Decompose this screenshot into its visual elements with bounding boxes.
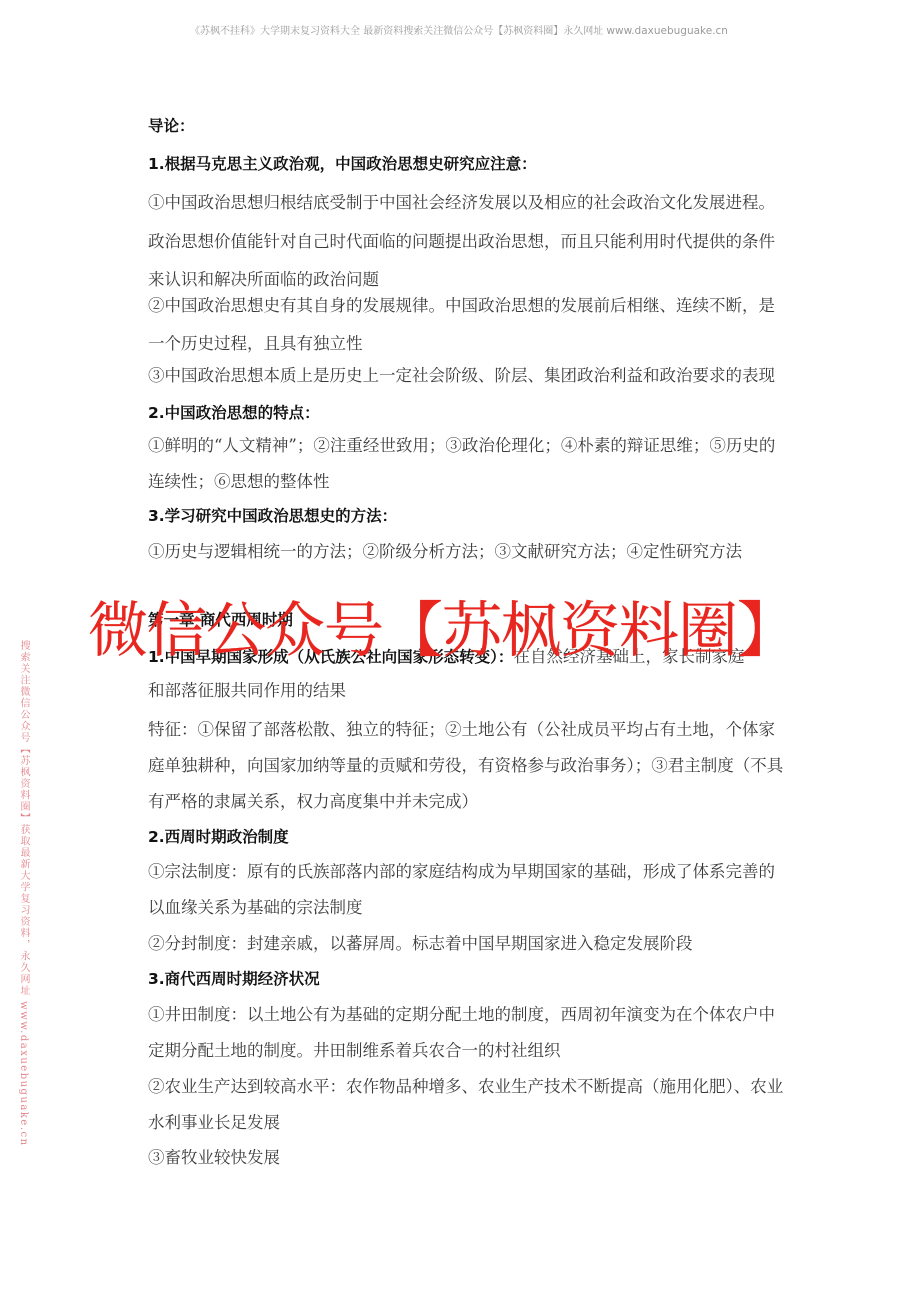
side-watermark: 搜索关注微信公众号【苏枫资料圈】获取最新大学复习资料，永久网址 www.daxu…: [16, 640, 30, 1147]
line-text: ③畜牧业较快发展: [148, 1148, 280, 1167]
paragraph-line: 有严格的隶属关系，权力高度集中并未完成）: [148, 792, 478, 812]
line-text: ①中国政治思想归根结底受制于中国社会经济发展以及相应的社会政治文化发展进程。: [148, 193, 775, 212]
line-text: 连续性；⑥思想的整体性: [148, 472, 330, 491]
paragraph-line: ②分封制度：封建亲戚，以蕃屏周。标志着中国早期国家进入稳定发展阶段: [148, 934, 693, 954]
paragraph-line: 庭单独耕种，向国家加纳等量的贡赋和劳役，有资格参与政治事务）；③君主制度（不具: [148, 756, 783, 776]
line-text: 在自然经济基础上，家长制家庭: [513, 647, 744, 666]
paragraph-line: 政治思想价值能针对自己时代面临的问题提出政治思想，而且只能利用时代提供的条件: [148, 232, 775, 252]
paragraph-line: 和部落征服共同作用的结果: [148, 681, 346, 701]
line-text: 一个历史过程，且具有独立性: [148, 334, 363, 353]
line-text: 和部落征服共同作用的结果: [148, 681, 346, 700]
section-heading: 第一章 商代西周时期: [148, 610, 293, 630]
line-text: 导论：: [148, 117, 195, 135]
paragraph-line: 连续性；⑥思想的整体性: [148, 472, 330, 492]
paragraph-line: 1.中国早期国家形成（从氏族公社向国家形态转变）：在自然经济基础上，家长制家庭: [148, 647, 744, 667]
paragraph-line: 水利事业长足发展: [148, 1113, 280, 1133]
line-text: 2.西周时期政治制度: [148, 828, 289, 846]
line-text: 水利事业长足发展: [148, 1113, 280, 1132]
paragraph-line: ①历史与逻辑相统一的方法；②阶级分析方法；③文献研究方法；④定性研究方法: [148, 542, 742, 562]
section-heading: 2.西周时期政治制度: [148, 827, 289, 847]
line-text: 1.根据马克思主义政治观，中国政治思想史研究应注意：: [148, 155, 537, 173]
paragraph-line: 特征：①保留了部落松散、独立的特征；②土地公有（公社成员平均占有土地，个体家: [148, 720, 775, 740]
line-text: 3.学习研究中国政治思想史的方法：: [148, 507, 397, 525]
line-text: ①鲜明的“人文精神”；②注重经世致用；③政治伦理化；④朴素的辩证思维；⑤历史的: [148, 436, 775, 455]
paragraph-line: ①中国政治思想归根结底受制于中国社会经济发展以及相应的社会政治文化发展进程。: [148, 193, 775, 213]
paragraph-line: ①井田制度：以土地公有为基础的定期分配土地的制度，西周初年演变为在个体农户中: [148, 1005, 775, 1025]
paragraph-line: ①鲜明的“人文精神”；②注重经世致用；③政治伦理化；④朴素的辩证思维；⑤历史的: [148, 436, 775, 456]
line-text: 第一章 商代西周时期: [148, 611, 293, 629]
line-text: 以血缘关系为基础的宗法制度: [148, 898, 363, 917]
paragraph-line: ③畜牧业较快发展: [148, 1148, 280, 1168]
line-text: 2.中国政治思想的特点：: [148, 404, 320, 422]
line-text: ①历史与逻辑相统一的方法；②阶级分析方法；③文献研究方法；④定性研究方法: [148, 542, 742, 561]
paragraph-line: 定期分配土地的制度。井田制维系着兵农合一的村社组织: [148, 1041, 561, 1061]
paragraph-line: ①宗法制度：原有的氏族部落内部的家庭结构成为早期国家的基础，形成了体系完善的: [148, 862, 775, 882]
paragraph-line: 一个历史过程，且具有独立性: [148, 334, 363, 354]
section-heading: 2.中国政治思想的特点：: [148, 403, 320, 423]
header-banner: 《苏枫不挂科》大学期末复习资料大全 最新资料搜索关注微信公众号【苏枫资料圈】永久…: [0, 22, 918, 37]
paragraph-line: 来认识和解决所面临的政治问题: [148, 270, 379, 290]
section-heading: 导论：: [148, 116, 195, 136]
line-text: 3.商代西周时期经济状况: [148, 970, 320, 988]
line-text: ①井田制度：以土地公有为基础的定期分配土地的制度，西周初年演变为在个体农户中: [148, 1005, 775, 1024]
line-text: 定期分配土地的制度。井田制维系着兵农合一的村社组织: [148, 1041, 561, 1060]
paragraph-line: ②中国政治思想史有其自身的发展规律。中国政治思想的发展前后相继、连续不断，是: [148, 296, 775, 316]
line-text: 来认识和解决所面临的政治问题: [148, 270, 379, 289]
line-text: ②农业生产达到较高水平：农作物品种增多、农业生产技术不断提高（施用化肥）、农业: [148, 1077, 783, 1096]
section-heading: 3.商代西周时期经济状况: [148, 969, 320, 989]
paragraph-line: ③中国政治思想本质上是历史上一定社会阶级、阶层、集团政治利益和政治要求的表现: [148, 366, 775, 386]
header-banner-text: 《苏枫不挂科》大学期末复习资料大全 最新资料搜索关注微信公众号【苏枫资料圈】永久…: [190, 26, 606, 37]
line-text: ③中国政治思想本质上是历史上一定社会阶级、阶层、集团政治利益和政治要求的表现: [148, 366, 775, 385]
line-text: ①宗法制度：原有的氏族部落内部的家庭结构成为早期国家的基础，形成了体系完善的: [148, 862, 775, 881]
inline-heading: 1.中国早期国家形成（从氏族公社向国家形态转变）：: [148, 648, 513, 666]
section-heading: 1.根据马克思主义政治观，中国政治思想史研究应注意：: [148, 154, 537, 174]
section-heading: 3.学习研究中国政治思想史的方法：: [148, 506, 397, 526]
line-text: ②分封制度：封建亲戚，以蕃屏周。标志着中国早期国家进入稳定发展阶段: [148, 934, 693, 953]
header-banner-url[interactable]: www.daxuebuguake.cn: [606, 25, 728, 37]
paragraph-line: ②农业生产达到较高水平：农作物品种增多、农业生产技术不断提高（施用化肥）、农业: [148, 1077, 783, 1097]
paragraph-line: 以血缘关系为基础的宗法制度: [148, 898, 363, 918]
line-text: 有严格的隶属关系，权力高度集中并未完成）: [148, 792, 478, 811]
line-text: 政治思想价值能针对自己时代面临的问题提出政治思想，而且只能利用时代提供的条件: [148, 232, 775, 251]
line-text: 特征：①保留了部落松散、独立的特征；②土地公有（公社成员平均占有土地，个体家: [148, 720, 775, 739]
line-text: ②中国政治思想史有其自身的发展规律。中国政治思想的发展前后相继、连续不断，是: [148, 296, 775, 315]
line-text: 庭单独耕种，向国家加纳等量的贡赋和劳役，有资格参与政治事务）；③君主制度（不具: [148, 756, 783, 775]
